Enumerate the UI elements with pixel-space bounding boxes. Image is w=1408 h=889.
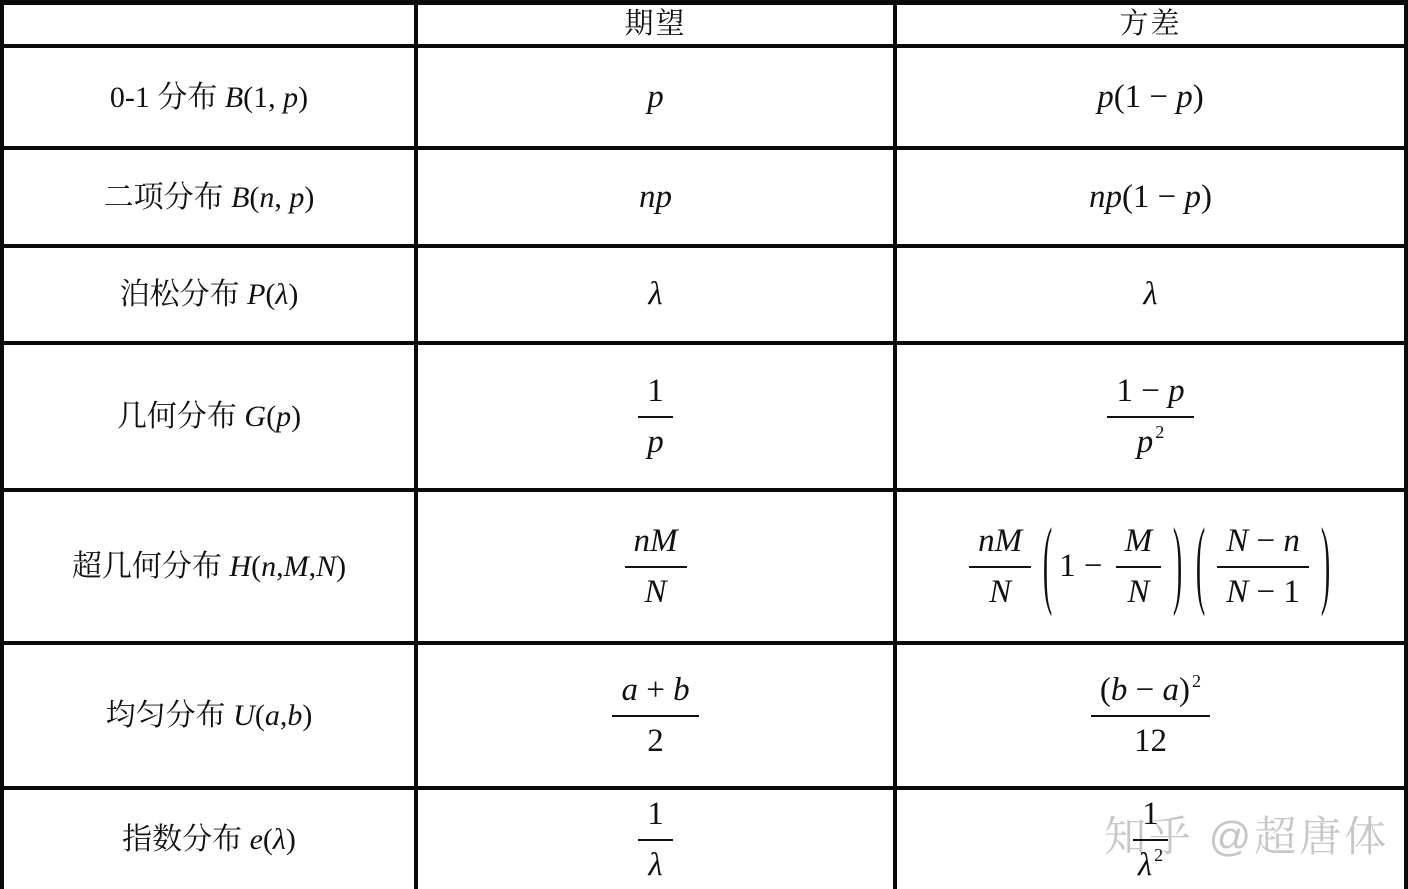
math-text: ): [302, 699, 312, 732]
math-fraction: nMN: [625, 523, 687, 610]
math-var: e: [250, 823, 263, 856]
math-var: U: [233, 699, 255, 732]
row-5-expectation: nMN: [418, 492, 897, 645]
math-var: n: [261, 550, 276, 583]
math-text: −: [1248, 523, 1283, 559]
page: 知乎 @超唐体 期望 方差 0-1 分布 B(1, p)pp(1 − p)二项分…: [0, 0, 1408, 889]
math-text: 1: [647, 373, 664, 409]
math-text: (: [265, 278, 275, 311]
math-var: p: [289, 181, 304, 214]
math-text: 1 −: [1059, 548, 1111, 584]
fraction-denominator: 12: [1125, 717, 1176, 759]
row-2-expectation: np: [418, 150, 897, 248]
fraction-numerator: N − n: [1217, 523, 1309, 567]
math-var: n: [1283, 523, 1300, 559]
math-text: 超几何分布: [72, 550, 230, 583]
row-6-variance: (b − a)212: [897, 645, 1408, 790]
row-5-variance: nMN(1 − MN)(N − nN − 1): [897, 492, 1408, 645]
fraction-denominator: N: [635, 568, 675, 610]
math-var: N: [316, 550, 336, 583]
row-4-name: 几何分布 G(p): [4, 345, 418, 492]
row-3-expectation: λ: [418, 248, 897, 345]
math-text: (: [266, 400, 276, 433]
big-parenthesis: ): [1321, 512, 1330, 621]
fraction-numerator: M: [1116, 523, 1162, 567]
math-var: np: [1089, 179, 1122, 215]
fraction-denominator: N − 1: [1217, 568, 1309, 610]
math-text: ): [298, 81, 308, 114]
math-var: p: [276, 400, 291, 433]
fraction-numerator: nM: [625, 523, 687, 567]
math-var: b: [673, 672, 690, 708]
math-var: λ: [648, 276, 662, 312]
math-text: 指数分布: [122, 823, 250, 856]
row-5-name: 超几何分布 H(n,M,N): [4, 492, 418, 645]
math-fraction: 1λ2: [1129, 796, 1172, 883]
math-var: nM: [978, 523, 1022, 559]
math-var: P: [247, 278, 265, 311]
math-fraction: nMN: [969, 523, 1031, 610]
fraction-denominator: p2: [1128, 418, 1174, 460]
math-text: (: [263, 823, 273, 856]
math-superscript: 2: [1155, 422, 1164, 442]
math-var: p: [1097, 79, 1114, 115]
fraction-denominator: 2: [638, 717, 673, 759]
math-text: (: [251, 550, 261, 583]
fraction-denominator: λ: [639, 841, 671, 883]
math-fraction: N − nN − 1: [1217, 523, 1309, 610]
fraction-numerator: 1: [1133, 796, 1168, 840]
math-text: (1 −: [1122, 179, 1185, 215]
math-var: N: [1226, 523, 1248, 559]
math-text: (: [1100, 672, 1111, 708]
math-var: b: [1111, 672, 1128, 708]
math-var: a: [1163, 672, 1180, 708]
row-4-variance: 1 − pp2: [897, 345, 1408, 492]
math-fraction: (b − a)212: [1091, 672, 1210, 759]
fraction-numerator: 1: [638, 373, 673, 417]
fraction-denominator: N: [1118, 568, 1158, 610]
math-fraction: 1 − pp2: [1107, 373, 1193, 460]
math-text: 1: [1142, 796, 1159, 832]
math-text: 几何分布: [117, 400, 245, 433]
math-var: nM: [634, 523, 678, 559]
math-text: 均匀分布: [106, 699, 234, 732]
math-var: N: [989, 574, 1011, 610]
math-var: a: [621, 672, 638, 708]
table-grid: 期望 方差 0-1 分布 B(1, p)pp(1 − p)二项分布 B(n, p…: [4, 5, 1408, 889]
math-text: 二项分布: [104, 181, 232, 214]
math-text: (1 −: [1114, 79, 1177, 115]
row-6-expectation: a + b2: [418, 645, 897, 790]
row-1-expectation: p: [418, 48, 897, 150]
row-4-expectation: 1p: [418, 345, 897, 492]
header-variance: 方差: [897, 5, 1408, 48]
math-text: 1: [647, 796, 664, 832]
header-empty: [4, 5, 418, 48]
math-superscript: 2: [1192, 671, 1201, 691]
fraction-numerator: a + b: [612, 672, 698, 716]
row-1-variance: p(1 − p): [897, 48, 1408, 150]
math-var: N: [1226, 574, 1248, 610]
math-text: (1,: [243, 81, 283, 114]
math-var: p: [1168, 373, 1185, 409]
math-var: N: [644, 574, 666, 610]
row-3-variance: λ: [897, 248, 1408, 345]
math-var: N: [1127, 574, 1149, 610]
math-text: ): [1201, 179, 1212, 215]
math-text: ): [291, 400, 301, 433]
math-var: p: [1176, 79, 1193, 115]
fraction-denominator: p: [638, 418, 673, 460]
big-parenthesis: ): [1173, 512, 1182, 621]
math-text: (: [255, 699, 265, 732]
math-text: 2: [647, 723, 664, 759]
math-text: ): [288, 278, 298, 311]
math-var: λ: [1143, 276, 1157, 312]
fraction-numerator: 1: [638, 796, 673, 840]
row-1-name: 0-1 分布 B(1, p): [4, 48, 418, 150]
math-var: b: [287, 699, 302, 732]
math-text: 1 −: [1116, 373, 1168, 409]
math-var: p: [283, 81, 298, 114]
math-fraction: MN: [1116, 523, 1162, 610]
math-fraction: a + b2: [612, 672, 698, 759]
fraction-numerator: nM: [969, 523, 1031, 567]
math-var: n: [259, 181, 274, 214]
math-text: ): [336, 550, 346, 583]
math-var: p: [647, 79, 664, 115]
math-text: 0-1 分布: [110, 81, 225, 114]
math-superscript: 2: [1154, 845, 1163, 865]
math-var: H: [229, 550, 251, 583]
math-var: p: [1137, 424, 1154, 460]
row-6-name: 均匀分布 U(a,b): [4, 645, 418, 790]
math-text: 泊松分布: [120, 278, 248, 311]
math-fraction: 1p: [638, 373, 673, 460]
math-text: − 1: [1248, 574, 1300, 610]
row-3-name: 泊松分布 P(λ): [4, 248, 418, 345]
math-text: +: [638, 672, 673, 708]
math-var: B: [225, 81, 243, 114]
math-fraction: 1λ: [638, 796, 673, 883]
row-7-expectation: 1λ: [418, 790, 897, 889]
math-text: ,: [274, 181, 289, 214]
math-text: ,: [309, 550, 317, 583]
row-2-variance: np(1 − p): [897, 150, 1408, 248]
math-var: λ: [648, 847, 662, 883]
row-7-variance: 1λ2: [897, 790, 1408, 889]
fraction-denominator: λ2: [1129, 841, 1172, 883]
math-text: (: [249, 181, 259, 214]
math-var: M: [1125, 523, 1153, 559]
distribution-table: 期望 方差 0-1 分布 B(1, p)pp(1 − p)二项分布 B(n, p…: [0, 0, 1408, 889]
math-var: M: [284, 550, 309, 583]
math-var: p: [1185, 179, 1202, 215]
row-7-name: 指数分布 e(λ): [4, 790, 418, 889]
math-text: ,: [276, 550, 284, 583]
math-var: p: [647, 424, 664, 460]
math-text: ): [1193, 79, 1204, 115]
math-text: 12: [1134, 723, 1167, 759]
math-text: −: [1127, 672, 1162, 708]
math-text: ): [304, 181, 314, 214]
math-var: λ: [273, 823, 286, 856]
math-var: B: [231, 181, 249, 214]
math-text: ,: [280, 699, 288, 732]
math-var: a: [265, 699, 280, 732]
math-var: np: [639, 179, 672, 215]
math-var: λ: [275, 278, 288, 311]
fraction-numerator: 1 − p: [1107, 373, 1193, 417]
row-2-name: 二项分布 B(n, p): [4, 150, 418, 248]
header-expectation: 期望: [418, 5, 897, 48]
fraction-denominator: N: [980, 568, 1020, 610]
math-text: ): [286, 823, 296, 856]
fraction-numerator: (b − a)2: [1091, 672, 1210, 716]
math-var: λ: [1138, 847, 1152, 883]
math-text: ): [1179, 672, 1190, 708]
big-parenthesis: (: [1196, 512, 1205, 621]
big-parenthesis: (: [1043, 512, 1052, 621]
math-var: G: [244, 400, 266, 433]
